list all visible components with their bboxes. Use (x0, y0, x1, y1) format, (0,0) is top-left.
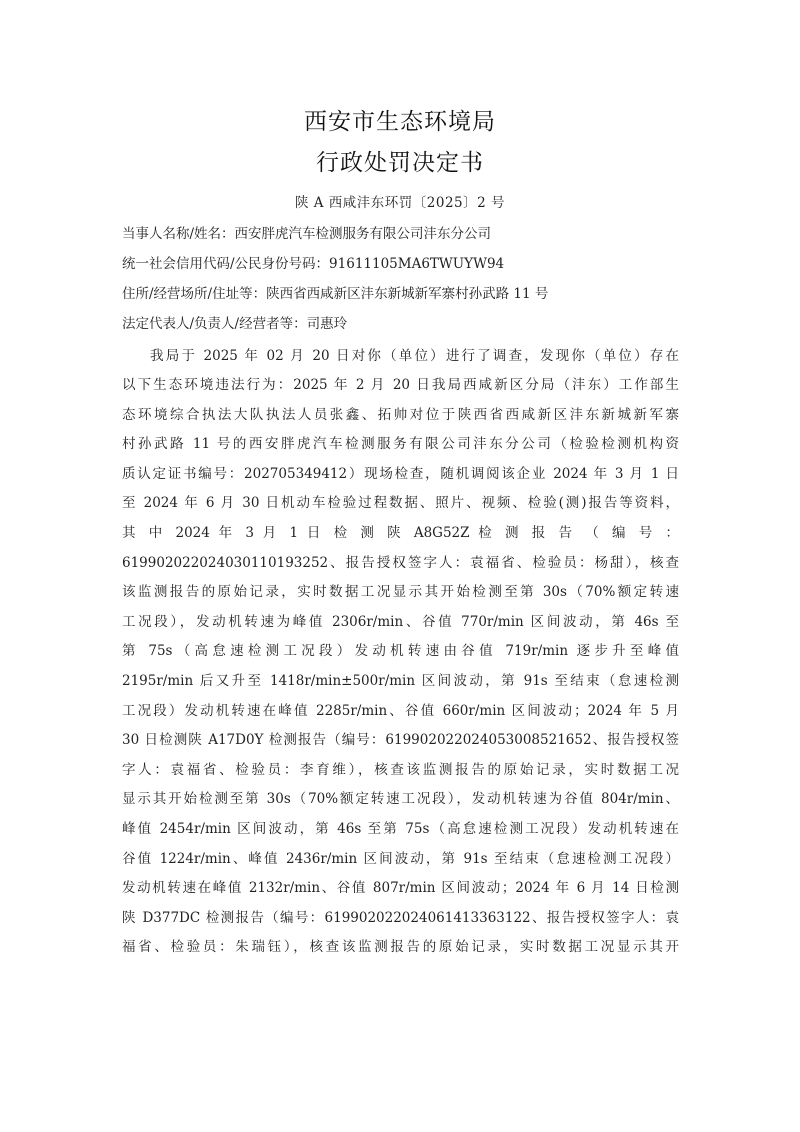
body-line: 该监测报告的原始记录，实时数据工况显示其开始检测至第 30s（70%额定转速 (122, 583, 679, 601)
body-line: 61990202202403011019325​2、报告授权签字人：袁福省、检验… (122, 554, 679, 572)
party-name: 当事人名称/姓名：西安胖虎汽车检测服务有限公司沣东分公司 (122, 225, 679, 243)
party-representative: 法定代表人/负责人/经营者等：司惠玲 (122, 315, 679, 333)
body-line: 陕 D377DC 检测报告（编号：6199020220240614133631​… (122, 909, 679, 927)
body-line: 发动机转速在峰值 2132r/min、谷值 807r/min 区间波动；2024… (122, 879, 679, 897)
body-line: 态环境综合执法大队执法人员张鑫、拓帅对位于陕西省西咸新区沣东新城新军寨 (122, 406, 679, 424)
document-title: 行政处罚决定书 (0, 144, 800, 177)
body-line: 至 2024 年 6 月 30 日机动车检验过程数据、照片、视频、检验(测)报告… (122, 494, 679, 512)
body-line: 工况段），发动机转速为峰值 2306r/min、谷值 770r/min 区间波动… (122, 613, 679, 631)
body-line: 以下生态环境违法行为：2025 年 2 月 20 日我局西咸新区分局（沣东）工作… (122, 376, 679, 394)
party-address: 住所/经营场所/住址等：陕西省西咸新区沣东新城新军寨村孙武路 11 号 (122, 285, 679, 303)
agency-title: 西安市生态环境局 (0, 103, 800, 136)
body-line: 峰值 2454r/min 区间波动，第 46s 至第 75s（高怠速检测工况段）… (122, 820, 679, 838)
document-number: 陕 A 西咸沣东环罚〔2025〕2 号 (0, 191, 800, 211)
body-line: 福省、检验员：朱瑞钰），核查该监测报告的原始记录，实时数据工况显示其开 (122, 938, 679, 956)
body-line: 第 75s（高怠速检测工况段）发动机转速由谷值 719r/min 逐步升至峰值 (122, 642, 679, 660)
body-line: 30 日检测陕 A17D0Y 检测报告（编号：61990202202405300… (122, 731, 679, 749)
body-line: 我局于 2025 年 02 月 20 日对你（单位）进行了调查，发现你（单位）存… (150, 347, 679, 365)
body-line: 工况段）发动机转速在峰值 2285r/min、谷值 660r/min 区间波动；… (122, 702, 679, 720)
party-credit-code: 统一社会信用代码/公民身份号码：91611105MA6TWUYW94 (122, 255, 679, 273)
body-line: 显示其开始检测至第 30s（70%额定转速工况段），发动机转速为谷值 804r/… (122, 790, 679, 808)
body-line: 质认定证书编号：202705349412）现场检查，随机调阅该企业 2024 年… (122, 465, 679, 483)
body-line: 村孙武路 11 号的西安胖虎汽车检测服务有限公司沣东分公司（检验检测机构资 (122, 435, 679, 453)
body-line: 2195r/min 后又升至 1418r/min±500r/min 区间波动，第… (122, 672, 679, 690)
body-line: 字人：袁福省、检验员：李育维），核查该监测报告的原始记录，实时数据工况 (122, 761, 679, 779)
body-line: 谷值 1224r/min、峰值 2436r/min 区间波动，第 91s 至结束… (122, 850, 679, 868)
body-line: 其 中 2024 年 3 月 1 日 检 测 陕 A8G52Z 检 测 报 告 … (122, 524, 679, 542)
